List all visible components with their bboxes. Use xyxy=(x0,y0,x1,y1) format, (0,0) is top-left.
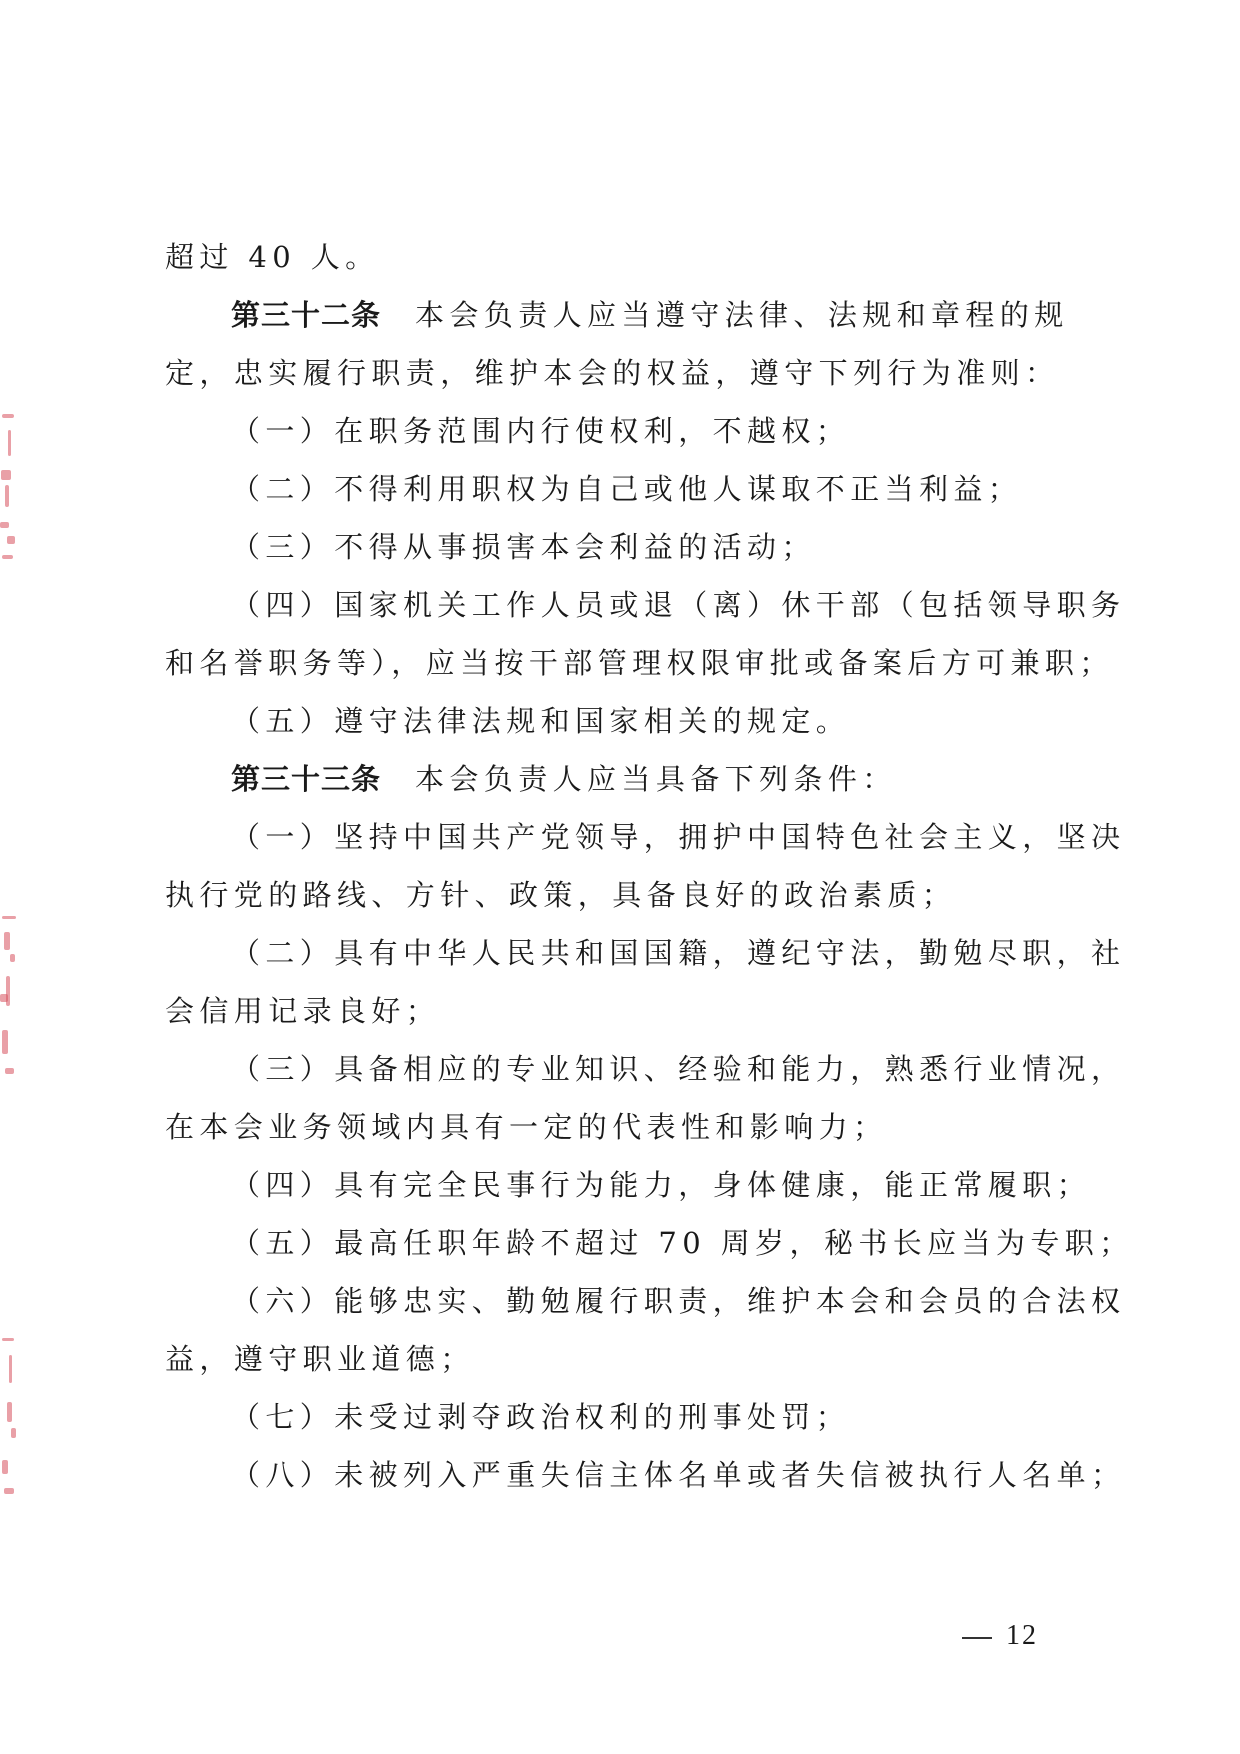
list-item: （四）国家机关工作人员或退（离）休干部（包括领导职务 xyxy=(231,576,1125,634)
line-text: 本会负责人应当具备下列条件： xyxy=(415,762,897,796)
text-line: 超过 40 人。 xyxy=(165,228,380,286)
line-text: （三）不得从事损害本会利益的活动； xyxy=(231,530,816,564)
line-text: 定，忠实履行职责，维护本会的权益，遵守下列行为准则： xyxy=(165,356,1059,390)
text-line: 和名誉职务等），应当按干部管理权限审批或备案后方可兼职； xyxy=(165,634,1114,692)
line-text: 益，遵守职业道德； xyxy=(165,1342,475,1376)
list-item: （一）在职务范围内行使权利，不越权； xyxy=(231,402,850,460)
line-text: （二）不得利用职权为自己或他人谋取不正当利益； xyxy=(231,472,1022,506)
line-text: 执行党的路线、方针、政策，具备良好的政治素质； xyxy=(165,878,956,912)
line-text: 超过 40 人。 xyxy=(165,240,380,274)
line-text: （三）具备相应的专业知识、经验和能力，熟悉行业情况， xyxy=(231,1052,1125,1086)
article-heading: 第三十二条 xyxy=(231,298,381,332)
article-heading: 第三十三条 xyxy=(231,762,381,796)
document-page: 超过 40 人。 第三十二条本会负责人应当遵守法律、法规和章程的规 定，忠实履行… xyxy=(0,0,1240,1754)
list-item: （三）不得从事损害本会利益的活动； xyxy=(231,518,816,576)
line-text: （二）具有中华人民共和国国籍，遵纪守法，勤勉尽职，社 xyxy=(231,936,1125,970)
page-number: 12 xyxy=(962,1620,1038,1652)
line-text: （六）能够忠实、勤勉履行职责，维护本会和会员的合法权 xyxy=(231,1284,1125,1318)
line-text: （五）最高任职年龄不超过 70 周岁，秘书长应当为专职； xyxy=(231,1226,1134,1260)
page-number-value: 12 xyxy=(1006,1620,1038,1651)
text-line: 执行党的路线、方针、政策，具备良好的政治素质； xyxy=(165,866,956,924)
seal-stamp-fragment-top xyxy=(0,410,18,580)
text-line: 在本会业务领域内具有一定的代表性和影响力； xyxy=(165,1098,887,1156)
page-number-dash xyxy=(962,1637,992,1639)
text-line: 益，遵守职业道德； xyxy=(165,1330,475,1388)
line-text: （七）未受过剥夺政治权利的刑事处罚； xyxy=(231,1400,850,1434)
seal-stamp-fragment-bottom xyxy=(0,1330,18,1510)
article-33-heading-line: 第三十三条本会负责人应当具备下列条件： xyxy=(231,750,897,808)
list-item: （二）不得利用职权为自己或他人谋取不正当利益； xyxy=(231,460,1022,518)
line-text: 和名誉职务等），应当按干部管理权限审批或备案后方可兼职； xyxy=(165,646,1114,680)
line-text: （八）未被列入严重失信主体名单或者失信被执行人名单； xyxy=(231,1458,1125,1492)
list-item: （七）未受过剥夺政治权利的刑事处罚； xyxy=(231,1388,850,1446)
line-text: （一）坚持中国共产党领导，拥护中国特色社会主义，坚决 xyxy=(231,820,1125,854)
line-text: （四）具有完全民事行为能力，身体健康，能正常履职； xyxy=(231,1168,1091,1202)
list-item: （八）未被列入严重失信主体名单或者失信被执行人名单； xyxy=(231,1446,1125,1504)
line-text: 会信用记录良好； xyxy=(165,994,440,1028)
line-text: 本会负责人应当遵守法律、法规和章程的规 xyxy=(415,298,1069,332)
list-item: （五）最高任职年龄不超过 70 周岁，秘书长应当为专职； xyxy=(231,1214,1134,1272)
line-text: （四）国家机关工作人员或退（离）休干部（包括领导职务 xyxy=(231,588,1125,622)
line-text: （一）在职务范围内行使权利，不越权； xyxy=(231,414,850,448)
list-item: （三）具备相应的专业知识、经验和能力，熟悉行业情况， xyxy=(231,1040,1125,1098)
article-32-heading-line: 第三十二条本会负责人应当遵守法律、法规和章程的规 xyxy=(231,286,1069,344)
list-item: （四）具有完全民事行为能力，身体健康，能正常履职； xyxy=(231,1156,1091,1214)
text-line: 会信用记录良好； xyxy=(165,982,440,1040)
text-line: 定，忠实履行职责，维护本会的权益，遵守下列行为准则： xyxy=(165,344,1059,402)
list-item: （五）遵守法律法规和国家相关的规定。 xyxy=(231,692,850,750)
line-text: （五）遵守法律法规和国家相关的规定。 xyxy=(231,704,850,738)
seal-stamp-fragment-middle xyxy=(0,910,18,1100)
line-text: 在本会业务领域内具有一定的代表性和影响力； xyxy=(165,1110,887,1144)
list-item: （二）具有中华人民共和国国籍，遵纪守法，勤勉尽职，社 xyxy=(231,924,1125,982)
list-item: （一）坚持中国共产党领导，拥护中国特色社会主义，坚决 xyxy=(231,808,1125,866)
list-item: （六）能够忠实、勤勉履行职责，维护本会和会员的合法权 xyxy=(231,1272,1125,1330)
